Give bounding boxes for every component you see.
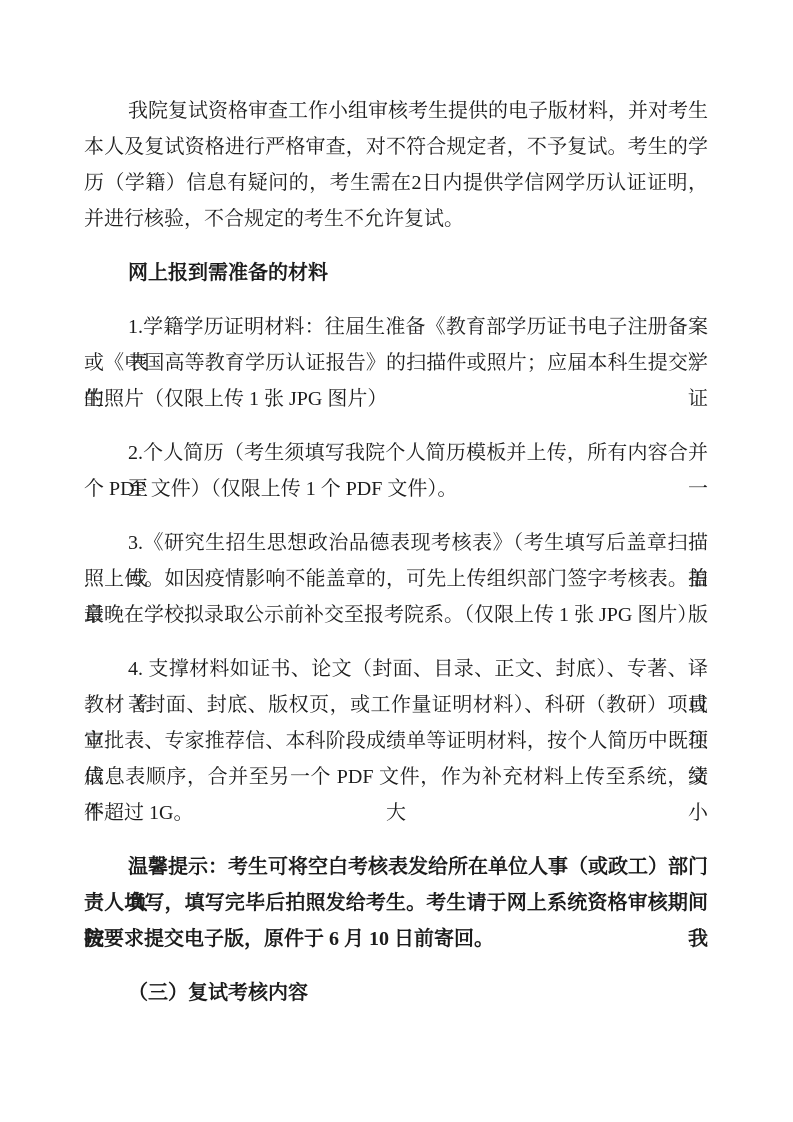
text-line: 4. 支撑材料如证书、论文（封面、目录、正文、封底）、专著、译著或 — [84, 651, 708, 687]
text-line: 温馨提示：考生可将空白考核表发给所在单位人事（或政工）部门负 — [84, 849, 708, 885]
text-line: 或《中国高等教育学历认证报告》的扫描件或照片；应届本科生提交学生证 — [84, 345, 708, 381]
text-line: （三）复试考核内容 — [84, 975, 708, 1011]
text-line: 责人填写，填写完毕后拍照发给考生。考生请于网上系统资格审核期间按我 — [84, 885, 708, 921]
text-line: 并进行核验，不合规定的考生不允许复试。 — [84, 201, 708, 237]
text-line: 最晚在学校拟录取公示前补交至报考院系。（仅限上传 1 张 JPG 图片） — [84, 597, 708, 633]
text-line: 我院复试资格审查工作小组审核考生提供的电子版材料，并对考生 — [84, 93, 708, 129]
text-line: 审批表、专家推荐信、本科阶段成绩单等证明材料，按个人简历中既往成绩 — [84, 723, 708, 759]
paragraph: 1.学籍学历证明材料：往届生准备《教育部学历证书电子注册备案表》或《中国高等教育… — [84, 309, 708, 417]
section-heading: 网上报到需准备的材料 — [84, 255, 708, 291]
paragraph: 我院复试资格审查工作小组审核考生提供的电子版材料，并对考生本人及复试资格进行严格… — [84, 93, 708, 237]
document-body: 我院复试资格审查工作小组审核考生提供的电子版材料，并对考生本人及复试资格进行严格… — [84, 93, 708, 1011]
text-line: 1.学籍学历证明材料：往届生准备《教育部学历证书电子注册备案表》 — [84, 309, 708, 345]
document-page: 我院复试资格审查工作小组审核考生提供的电子版材料，并对考生本人及复试资格进行严格… — [0, 0, 793, 1122]
section-heading: （三）复试考核内容 — [84, 975, 708, 1011]
paragraph: 3.《研究生招生思想政治品德表现考核表》（考生填写后盖章扫描或拍照上传。如因疫情… — [84, 525, 708, 633]
text-line: 信息表顺序，合并至另一个 PDF 文件，作为补充材料上传至系统，文件大小 — [84, 759, 708, 795]
text-line: 网上报到需准备的材料 — [84, 255, 708, 291]
text-line: 历（学籍）信息有疑问的，考生需在2日内提供学信网学历认证证明， — [84, 165, 708, 201]
paragraph: 4. 支撑材料如证书、论文（封面、目录、正文、封底）、专著、译著或教材（封面、封… — [84, 651, 708, 831]
paragraph: 温馨提示：考生可将空白考核表发给所在单位人事（或政工）部门负责人填写，填写完毕后… — [84, 849, 708, 957]
paragraph: 2.个人简历（考生须填写我院个人简历模板并上传，所有内容合并至一个 PDF 文件… — [84, 435, 708, 507]
text-line: 3.《研究生招生思想政治品德表现考核表》（考生填写后盖章扫描或拍 — [84, 525, 708, 561]
text-line: 教材（封面、封底、版权页，或工作量证明材料）、科研（教研）项目立项 — [84, 687, 708, 723]
text-line: 2.个人简历（考生须填写我院个人简历模板并上传，所有内容合并至一 — [84, 435, 708, 471]
text-line: 本人及复试资格进行严格审查，对不符合规定者，不予复试。考生的学 — [84, 129, 708, 165]
text-line: 照上传。如因疫情影响不能盖章的，可先上传组织部门签字考核表。盖章版 — [84, 561, 708, 597]
